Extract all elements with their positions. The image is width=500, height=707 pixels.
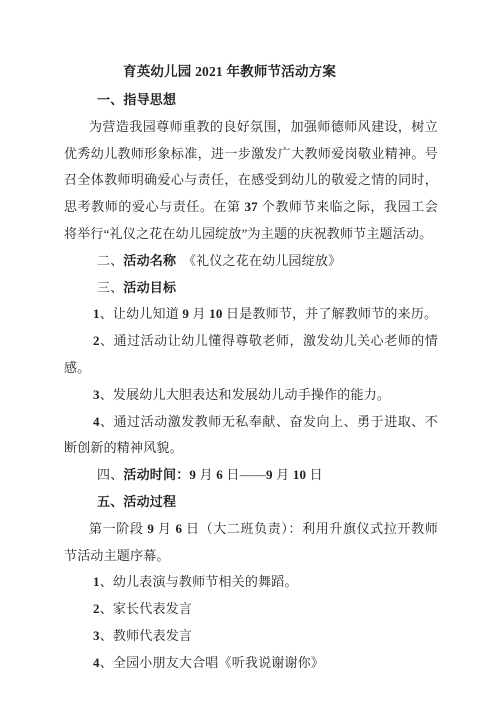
text-run: 、教师代表发言 [100,628,192,643]
list-item: 2、通过活动让幼儿懂得尊敬老师，激发幼儿关心老师的情感。 [64,328,438,382]
text-run: 一、指导思想 [97,92,176,107]
text-run: 第一阶段 [89,521,147,536]
list-item: 2、家长代表发言 [64,596,438,623]
text-run: 2 [93,601,100,616]
text-run: 3 [93,387,100,402]
list-item: 1、幼儿表演与教师节相关的舞蹈。 [64,569,438,596]
document-title: 育英幼儿园 2021 年教师节活动方案 [64,57,438,87]
text-run: 、家长代表发言 [100,601,192,616]
document-body: 一、指导思想为营造我园尊师重教的良好氛围，加强师德师风建设，树立优秀幼儿教师形象… [64,87,438,677]
text-run: 、让幼儿知道 [100,306,183,321]
text-run: 10 [293,467,306,482]
section-heading: 三、活动目标 [64,275,438,302]
section-heading: 四、活动时间：9 月 6 日——9 月 10 日 [64,462,438,489]
text-run: 月 [189,306,209,321]
text-run: 、发展幼儿大胆表达和发展幼儿动手操作的能力。 [100,387,390,402]
text-run: 4 [93,414,100,429]
text-run: 9 [266,467,273,482]
text-run: 月 [154,521,175,536]
text-run: 二、 [97,253,123,268]
list-item: 4、全园小朋友大合唱《听我说谢谢你》 [64,650,438,677]
text-run: 、通过活动让幼儿懂得尊敬老师，激发幼儿关心老师的情感。 [64,333,438,375]
text-run: 五、活动过程 [97,494,176,509]
text-run: 日—— [223,467,266,482]
text-run: 日是教师节，并了解教师节的来历。 [223,306,438,321]
text-run: 月 [196,467,216,482]
text-run: 月 [273,467,293,482]
section-heading: 五、活动过程 [64,489,438,516]
text-run: 四、 [97,467,123,482]
section-heading: 二、活动名称 《礼仪之花在幼儿园绽放》 [64,248,438,275]
text-run: 、幼儿表演与教师节相关的舞蹈。 [100,574,298,589]
list-item: 1、让幼儿知道 9 月 10 日是教师节，并了解教师节的来历。 [64,301,438,328]
list-item: 4、通过活动激发教师无私奉献、奋发向上、勇于进取、不断创新的精神风貌。 [64,409,438,463]
text-run: 《礼仪之花在幼儿园绽放》 [176,253,341,268]
body-paragraph: 为营造我园尊师重教的良好氛围，加强师德师风建设，树立优秀幼儿教师形象标准，进一步… [64,114,438,248]
text-run: 37 [244,199,257,214]
text-run: 、通过活动激发教师无私奉献、奋发向上、勇于进取、不断创新的精神风貌。 [64,414,438,456]
text-run: 2 [93,333,100,348]
text-run: 活动目标 [123,280,176,295]
text-run: 4 [93,655,100,670]
text-run: 活动时间： [123,467,189,482]
text-run: 3 [93,628,100,643]
text-run: 、全园小朋友大合唱《听我说谢谢你》 [100,655,324,670]
text-run: 活动名称 [123,253,176,268]
text-run: 10 [209,306,222,321]
list-item: 3、发展幼儿大胆表达和发展幼儿动手操作的能力。 [64,382,438,409]
list-item: 3、教师代表发言 [64,623,438,650]
text-run: 三、 [97,280,123,295]
text-run: 日 [306,467,323,482]
text-run: 6 [216,467,223,482]
document-page: 育英幼儿园 2021 年教师节活动方案 一、指导思想为营造我园尊师重教的良好氛围… [0,0,500,707]
text-run: 1 [93,306,100,321]
body-paragraph: 第一阶段 9 月 6 日（大二班负责）：利用升旗仪式拉开教师节活动主题序幕。 [64,516,438,570]
section-heading: 一、指导思想 [64,87,438,114]
text-run: 1 [93,574,100,589]
